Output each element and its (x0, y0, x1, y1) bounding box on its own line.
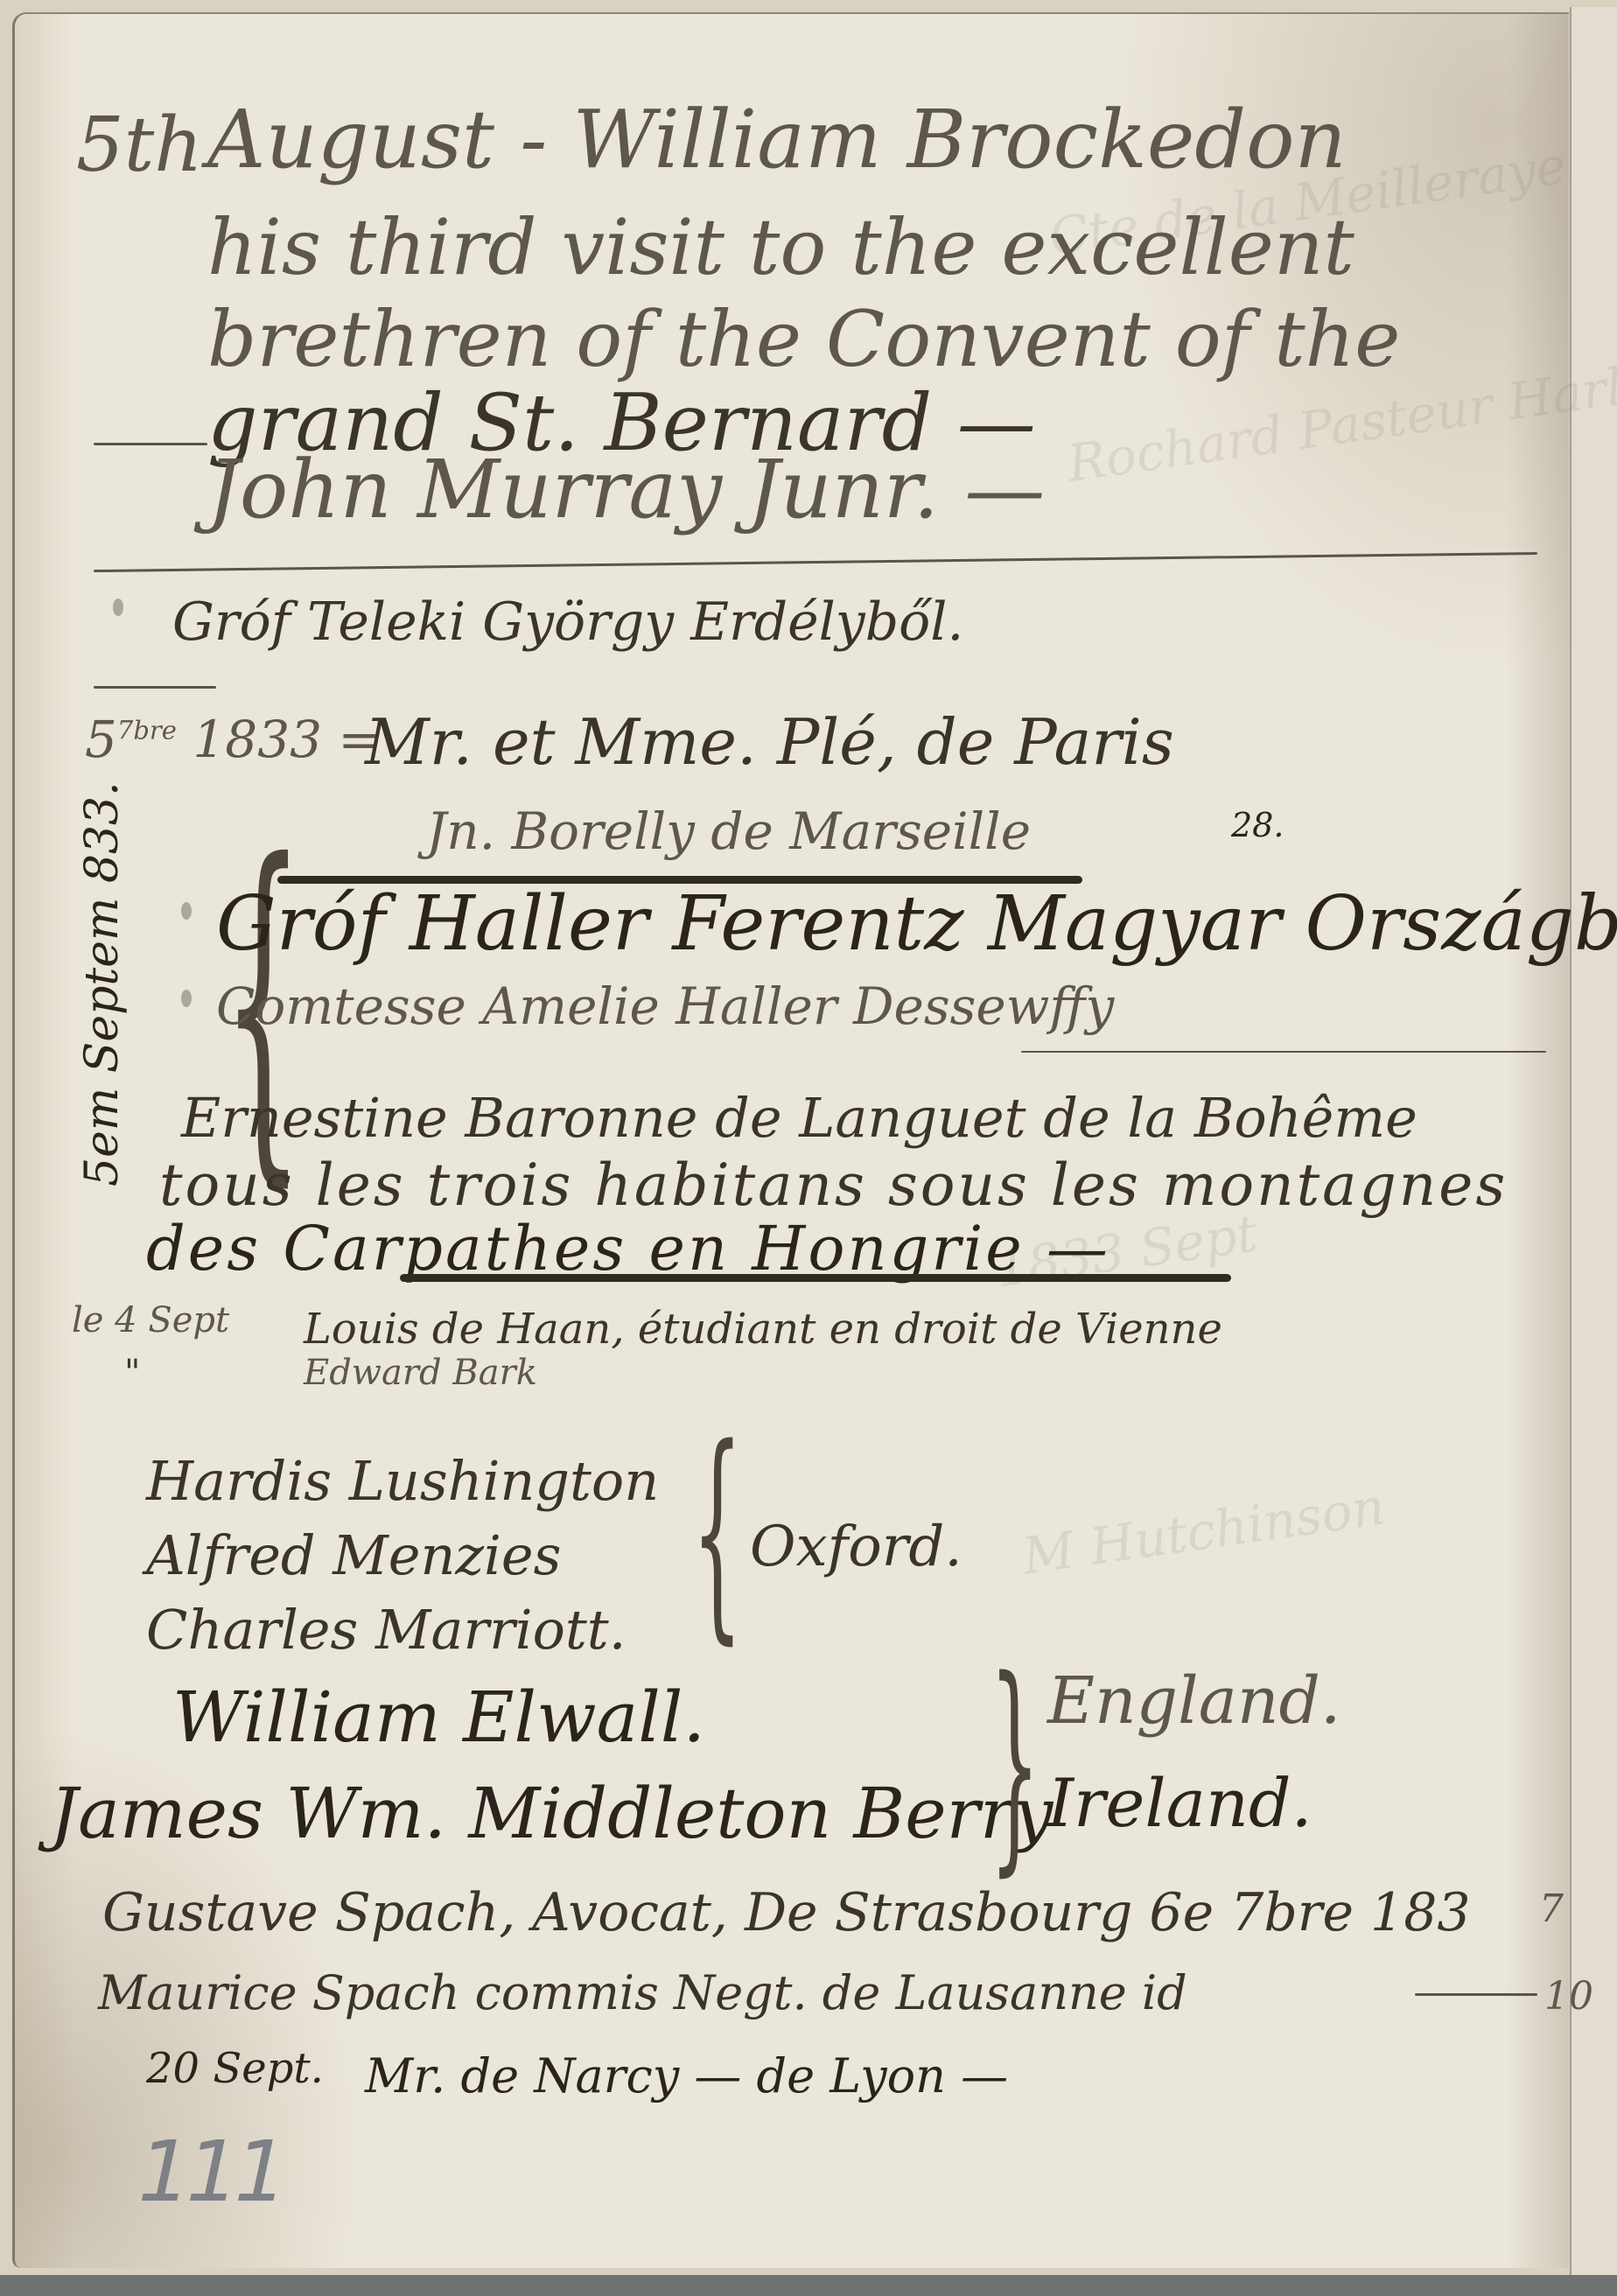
left-brace: { (692, 1418, 743, 1646)
brockedon-line-2: his third visit to the excellent (207, 202, 1354, 292)
divider-line (94, 686, 216, 689)
entry-date: 5th (76, 101, 203, 189)
narcy-date: 20 Sept. (146, 2044, 324, 2093)
borelly-note: 28. (1231, 806, 1284, 844)
oxford-name-2: Alfred Menzies (146, 1523, 561, 1587)
book-spread: Cte de la Meilleraye Rochard Pasteur Har… (0, 0, 1617, 2275)
margin-number: 10 (1544, 1974, 1593, 2019)
teleki-entry: Gróf Teleki György Erdélyből. (172, 591, 963, 653)
oxford-place: Oxford. (750, 1515, 962, 1579)
haller-line-2: Comtesse Amelie Haller Dessewffy (216, 976, 1114, 1036)
languet-line-2: tous les trois habitans sous les montagn… (159, 1151, 1508, 1219)
bullet-mark (113, 598, 123, 616)
spach-line-1: Gustave Spach, Avocat, De Strasbourg 6e … (102, 1882, 1471, 1943)
manuscript-page: Cte de la Meilleraye Rochard Pasteur Har… (12, 12, 1569, 2268)
margin-date-vertical: 5em Septem 833. (76, 781, 129, 1186)
paris-entry: Mr. et Mme. Plé, de Paris (365, 705, 1174, 779)
england-place: England. (1047, 1663, 1340, 1739)
margin-number: 7 (1539, 1886, 1564, 1931)
languet-line-1: Ernestine Baronne de Languet de la Bohêm… (181, 1086, 1417, 1150)
england-name: William Elwall. (172, 1676, 705, 1758)
section-divider (94, 552, 1537, 572)
bullet-mark (181, 902, 192, 920)
narcy-entry: Mr. de Narcy — de Lyon — (365, 2048, 1008, 2103)
haan-date: le 4 Sept (72, 1300, 229, 1340)
bleed-through-text: M Hutchinson (1018, 1476, 1388, 1585)
right-brace: } (990, 1650, 1040, 1878)
divider-line (1021, 1051, 1546, 1053)
adjacent-page-edge (1570, 7, 1617, 2275)
ireland-name: James Wm. Middleton Berry (50, 1773, 1053, 1854)
paris-date: 57bre 1833 = (85, 710, 381, 769)
signature-john-murray: John Murray Junr. — (207, 443, 1045, 536)
haan-line-2: Edward Bark (304, 1353, 537, 1393)
divider-line (1415, 1993, 1537, 1996)
oxford-name-1: Hardis Lushington (146, 1449, 659, 1513)
spach-line-2: Maurice Spach commis Negt. de Lausanne i… (98, 1965, 1187, 2020)
page-number: 111 (127, 2123, 292, 2221)
ditto-mark: " (124, 1353, 140, 1393)
brockedon-line-3: brethren of the Convent of the (207, 294, 1400, 384)
oxford-name-3: Charles Marriott. (146, 1598, 626, 1662)
ireland-place: Ireland. (1047, 1764, 1312, 1842)
brockedon-line-1: August - William Brockedon (207, 93, 1347, 186)
borelly-entry: Jn. Borelly de Marseille (426, 801, 1031, 861)
bullet-mark (181, 990, 192, 1007)
ink-stroke (400, 1274, 1231, 1282)
haan-entry: Louis de Haan, étudiant en droit de Vien… (304, 1305, 1222, 1354)
divider-line (94, 443, 207, 445)
haller-line-1: Gróf Haller Ferentz Magyar Országból (216, 880, 1617, 968)
